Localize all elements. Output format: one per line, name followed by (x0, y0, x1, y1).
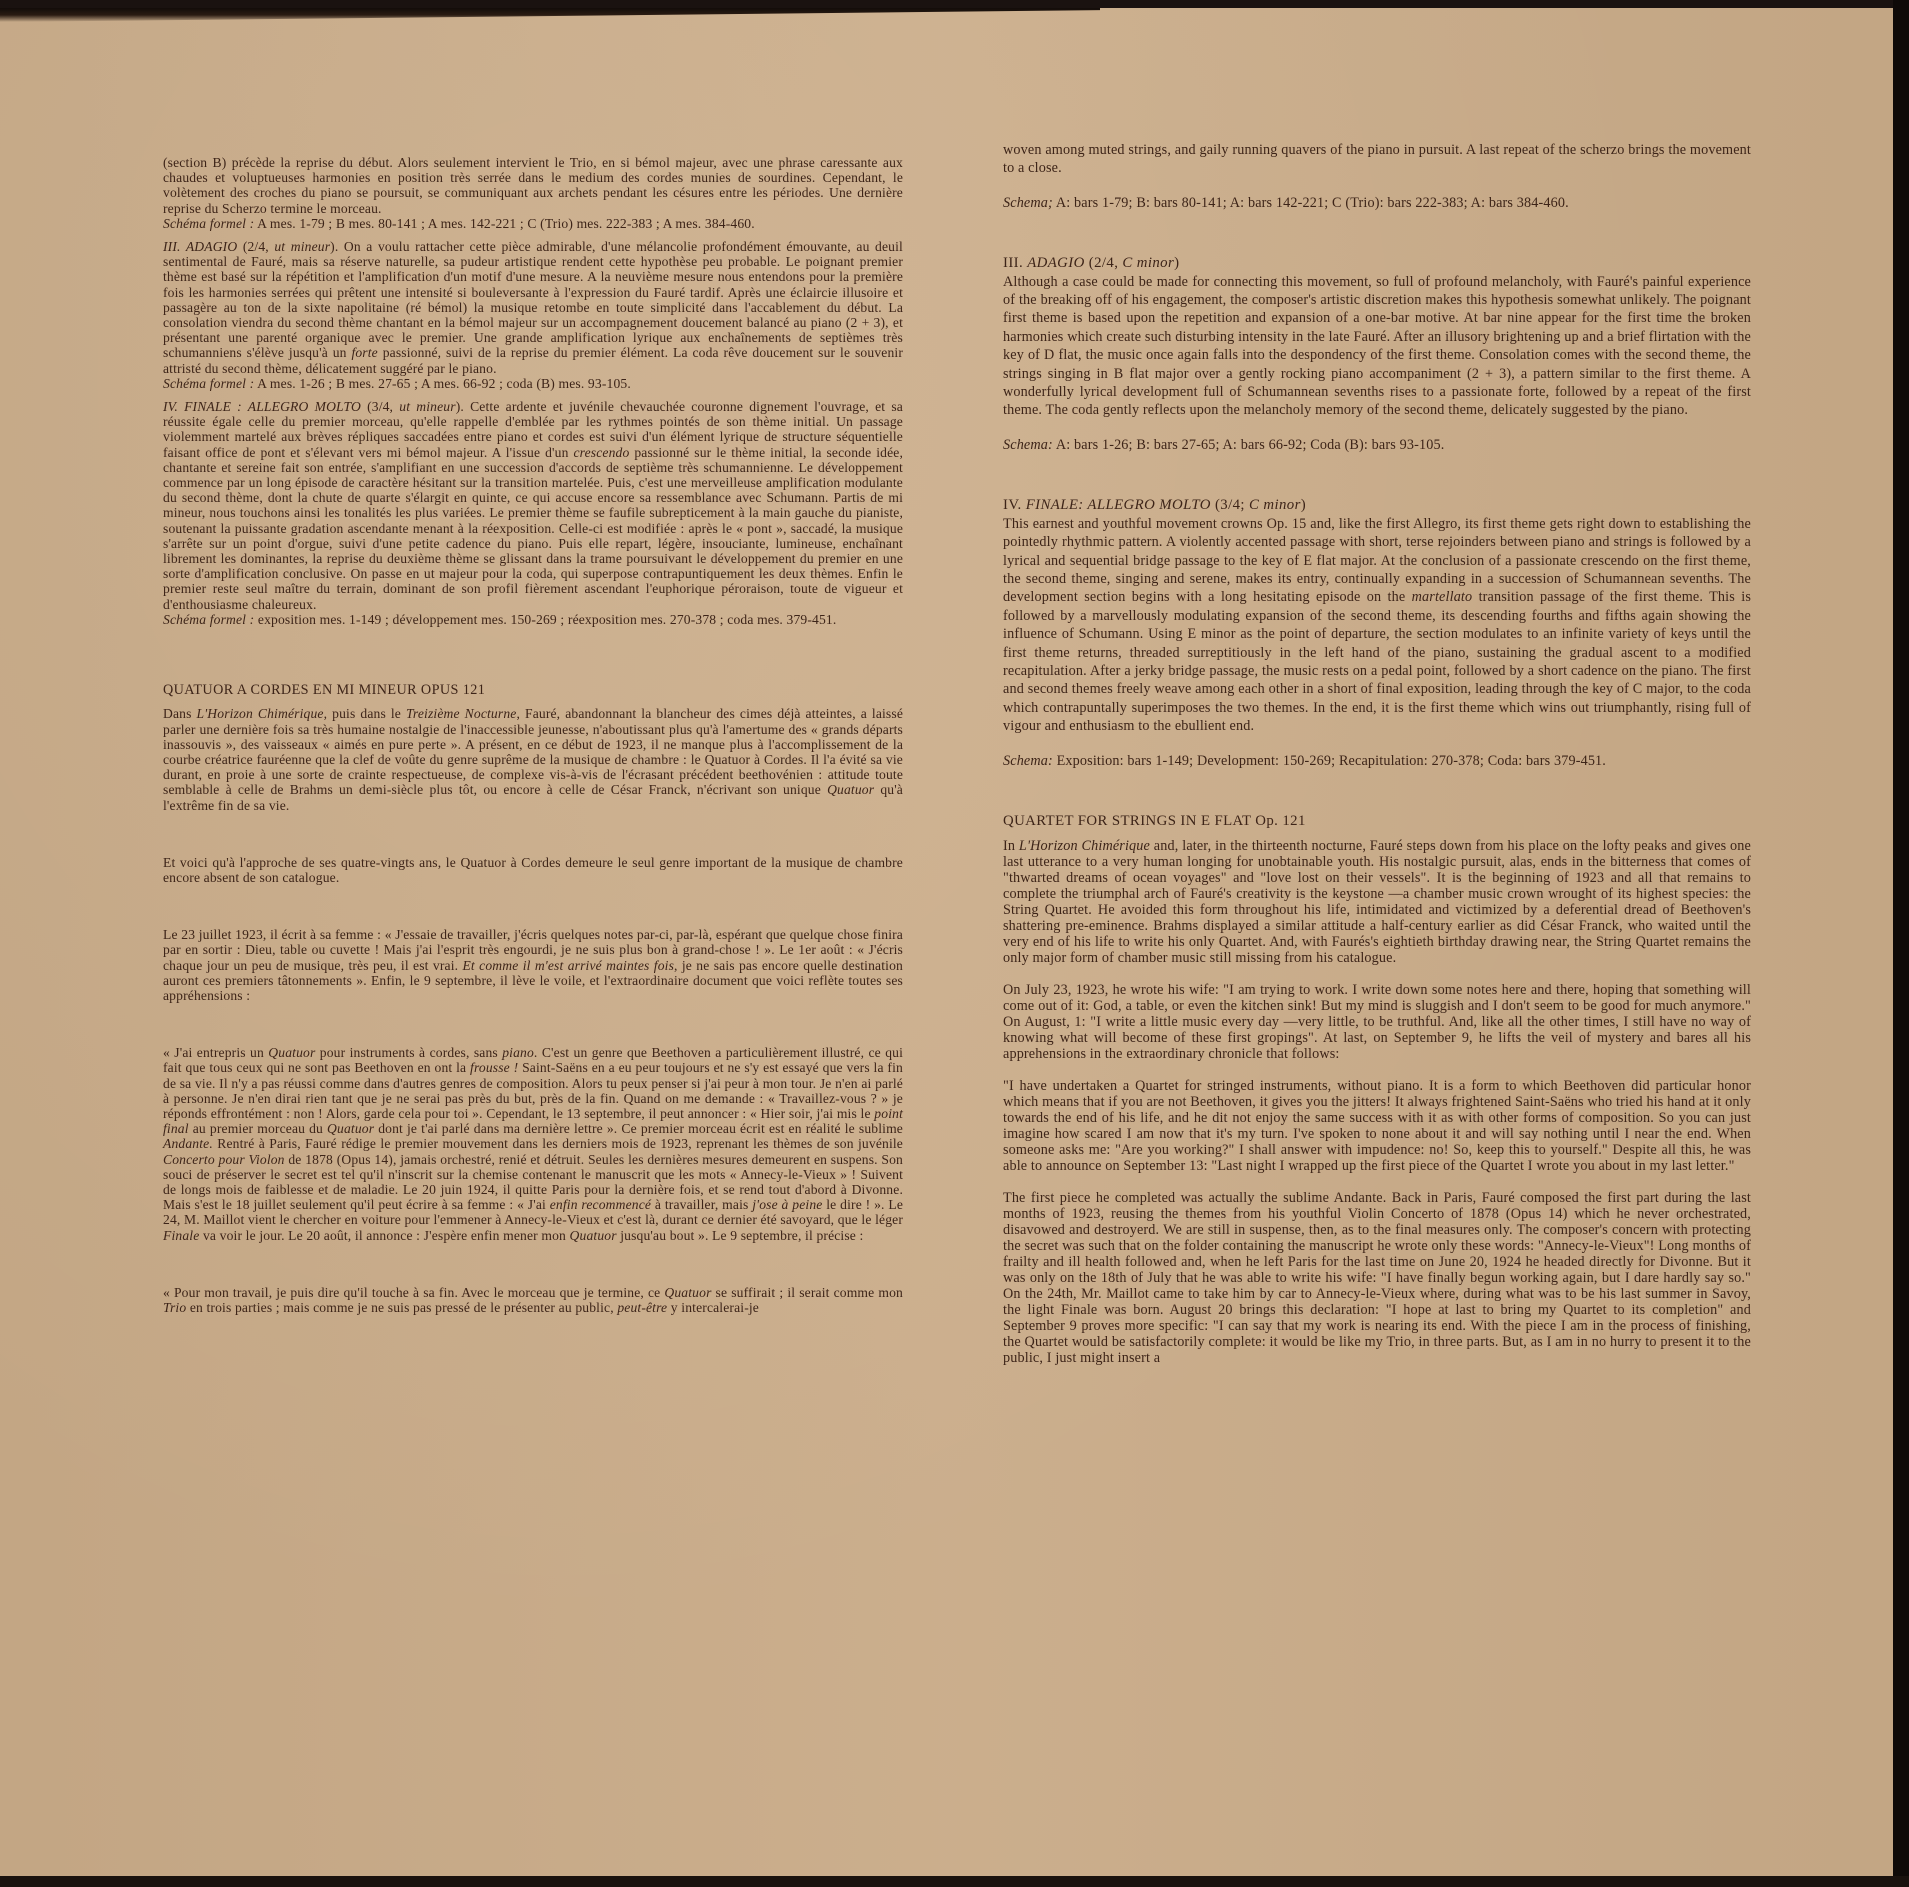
paragraph-text: se suffirait ; il serait comme mon (712, 1285, 903, 1300)
paragraph-text: en trois parties ; mais comme je ne suis… (186, 1300, 617, 1315)
italic-phrase: Et comme il m'est arrivé maintes fois (462, 958, 674, 973)
italic-term: crescendo (573, 445, 629, 460)
title-key: (2/4, (1085, 255, 1123, 271)
italic-phrase: piano (502, 1045, 534, 1060)
schema-text: A mes. 1-79 ; B mes. 80-141 ; A mes. 142… (257, 216, 755, 231)
paragraph-text: , puis dans le (324, 706, 406, 721)
paragraph-text: transition passage of the first theme. T… (1003, 589, 1751, 734)
finale-text-en: This earnest and youthful movement crown… (1003, 515, 1751, 736)
italic-phrase: Concerto pour Violon (163, 1152, 285, 1167)
scherzo-trio-text-en: woven among muted strings, and gaily run… (1003, 141, 1751, 178)
page-right-edge (1893, 0, 1909, 1887)
french-column: (section B) précède la reprise du début.… (163, 155, 903, 1315)
adagio-heading-en: III. ADAGIO (2/4, C minor) (1003, 254, 1751, 272)
title-key: ). (456, 399, 464, 414)
title-key: (3/4; (1211, 497, 1249, 513)
title-key: ) (1301, 497, 1306, 513)
paragraph-text: Dans (163, 706, 197, 721)
schema-label: Schema: (1003, 753, 1053, 769)
title-key-italic: ut mineur (399, 399, 455, 414)
schema-label: Schema; (1003, 195, 1053, 211)
italic-phrase: Quatuor (570, 1228, 617, 1243)
paragraph-text: pour instruments à cordes, sans (315, 1045, 502, 1060)
title-key: (3/4, (361, 399, 399, 414)
schema-label: Schéma formel : (163, 216, 254, 231)
scherzo-schema-en: Schema; A: bars 1-79; B: bars 80-141; A:… (1003, 194, 1751, 212)
title-key-italic: C minor (1122, 255, 1174, 271)
quatuor-paragraph-4: « J'ai entrepris un Quatuor pour instrum… (163, 1045, 903, 1243)
adagio-section-fr: III. ADAGIO (2/4, ut mineur). On a voulu… (163, 239, 903, 376)
work-title: L'Horizon Chimérique (1019, 838, 1150, 854)
title-key: (2/4, (243, 239, 275, 254)
finale-section-fr: IV. FINALE : ALLEGRO MOLTO (3/4, ut mine… (163, 399, 903, 612)
schema-text: Exposition: bars 1-149; Development: 150… (1057, 753, 1606, 769)
page-bottom-edge (0, 1876, 1909, 1887)
italic-phrase: Quatuor (664, 1285, 711, 1300)
italic-phrase: Trio (163, 1300, 186, 1315)
page-edge-shadow (0, 8, 1100, 22)
schema-text: A: bars 1-26; B: bars 27-65; A: bars 66-… (1056, 437, 1445, 453)
paragraph-text: « Pour mon travail, je puis dire qu'il t… (163, 1285, 664, 1300)
quartet-heading: QUARTET FOR STRINGS IN E FLAT Op. 121 (1003, 812, 1751, 830)
quatuor-paragraph-1: Dans L'Horizon Chimérique, puis dans le … (163, 706, 903, 812)
schema-text: A: bars 1-79; B: bars 80-141; A: bars 14… (1056, 195, 1569, 211)
paragraph-text: In (1003, 838, 1019, 854)
quartet-paragraph-3: "I have undertaken a Quartet for stringe… (1003, 1078, 1751, 1174)
adagio-schema-fr: Schéma formel : A mes. 1-26 ; B mes. 27-… (163, 376, 903, 391)
title-key: ) (1174, 255, 1179, 271)
paragraph-text: au premier morceau du (189, 1121, 327, 1136)
quartet-paragraph-4: The first piece he completed was actuall… (1003, 1190, 1751, 1366)
scherzo-schema-fr: Schéma formel : A mes. 1-79 ; B mes. 80-… (163, 216, 903, 231)
italic-phrase: Quatuor (327, 1121, 374, 1136)
section-title: ADAGIO (1027, 255, 1084, 271)
italic-phrase: Andante. (163, 1136, 213, 1151)
finale-schema-en: Schema: Exposition: bars 1-149; Developm… (1003, 752, 1751, 770)
liner-notes-page: (section B) précède la reprise du début.… (0, 8, 1893, 1876)
adagio-text-en: Although a case could be made for connec… (1003, 273, 1751, 420)
work-title: Treizième Nocturne (406, 706, 516, 721)
paragraph-text: jusqu'au bout ». Le 9 septembre, il préc… (617, 1228, 864, 1243)
section-title: IV. FINALE : ALLEGRO MOLTO (163, 399, 361, 414)
italic-phrase: Quatuor (268, 1045, 315, 1060)
title-key: ). (330, 239, 338, 254)
quatuor-paragraph-3: Le 23 juillet 1923, il écrit à sa femme … (163, 927, 903, 1003)
schema-text: exposition mes. 1-149 ; développement me… (258, 612, 837, 627)
paragraph-text: (section B) précède la reprise du début.… (163, 155, 903, 216)
schema-text: A mes. 1-26 ; B mes. 27-65 ; A mes. 66-9… (257, 376, 631, 391)
title-key-italic: ut mineur (274, 239, 330, 254)
scherzo-trio-text-fr: (section B) précède la reprise du début.… (163, 155, 903, 216)
paragraph-text: passionné sur le thème initial, la secon… (163, 445, 903, 612)
paragraph-text: y intercalerai-je (667, 1300, 759, 1315)
quatuor-paragraph-5: « Pour mon travail, je puis dire qu'il t… (163, 1285, 903, 1315)
adagio-schema-en: Schema: A: bars 1-26; B: bars 27-65; A: … (1003, 436, 1751, 454)
italic-term: martellato (1412, 589, 1473, 605)
quartet-paragraph-2: On July 23, 1923, he wrote his wife: "I … (1003, 982, 1751, 1062)
section-title: FINALE: ALLEGRO MOLTO (1026, 497, 1211, 513)
english-column: woven among muted strings, and gaily run… (1003, 141, 1751, 1366)
paragraph-text: à travailler, mais (651, 1197, 752, 1212)
paragraph-text: Rentré à Paris, Fauré rédige le premier … (213, 1136, 903, 1151)
section-title: III. ADAGIO (163, 239, 237, 254)
work-title: Quatuor (827, 782, 874, 797)
schema-label: Schéma formel : (163, 376, 254, 391)
paragraph-text: « J'ai entrepris un (163, 1045, 268, 1060)
title-prefix: IV. (1003, 497, 1026, 513)
italic-phrase: enfin recommencé (550, 1197, 651, 1212)
paragraph-text: On a voulu rattacher cette pièce admirab… (163, 239, 903, 360)
schema-label: Schema: (1003, 437, 1053, 453)
quatuor-heading: QUATUOR A CORDES EN MI MINEUR OPUS 121 (163, 683, 903, 698)
italic-phrase: peut-être (617, 1300, 667, 1315)
paragraph-text: dont je t'ai parlé dans ma dernière lett… (374, 1121, 903, 1136)
finale-schema-fr: Schéma formel : exposition mes. 1-149 ; … (163, 612, 903, 627)
italic-term: forte (351, 345, 377, 360)
paragraph-text: and, later, in the thirteenth nocturne, … (1003, 838, 1751, 966)
italic-phrase: j'ose à peine (752, 1197, 822, 1212)
quatuor-paragraph-2: Et voici qu'à l'approche de ses quatre-v… (163, 855, 903, 885)
work-title: L'Horizon Chimérique (197, 706, 324, 721)
paragraph-text: va voir le jour. Le 20 août, il annonce … (199, 1228, 569, 1243)
italic-phrase: Finale (163, 1228, 199, 1243)
title-prefix: III. (1003, 255, 1027, 271)
finale-heading-en: IV. FINALE: ALLEGRO MOLTO (3/4; C minor) (1003, 496, 1751, 514)
quartet-paragraph-1: In L'Horizon Chimérique and, later, in t… (1003, 838, 1751, 966)
italic-phrase: frousse ! (470, 1060, 518, 1075)
schema-label: Schéma formel : (163, 612, 254, 627)
title-key-italic: C minor (1249, 497, 1301, 513)
